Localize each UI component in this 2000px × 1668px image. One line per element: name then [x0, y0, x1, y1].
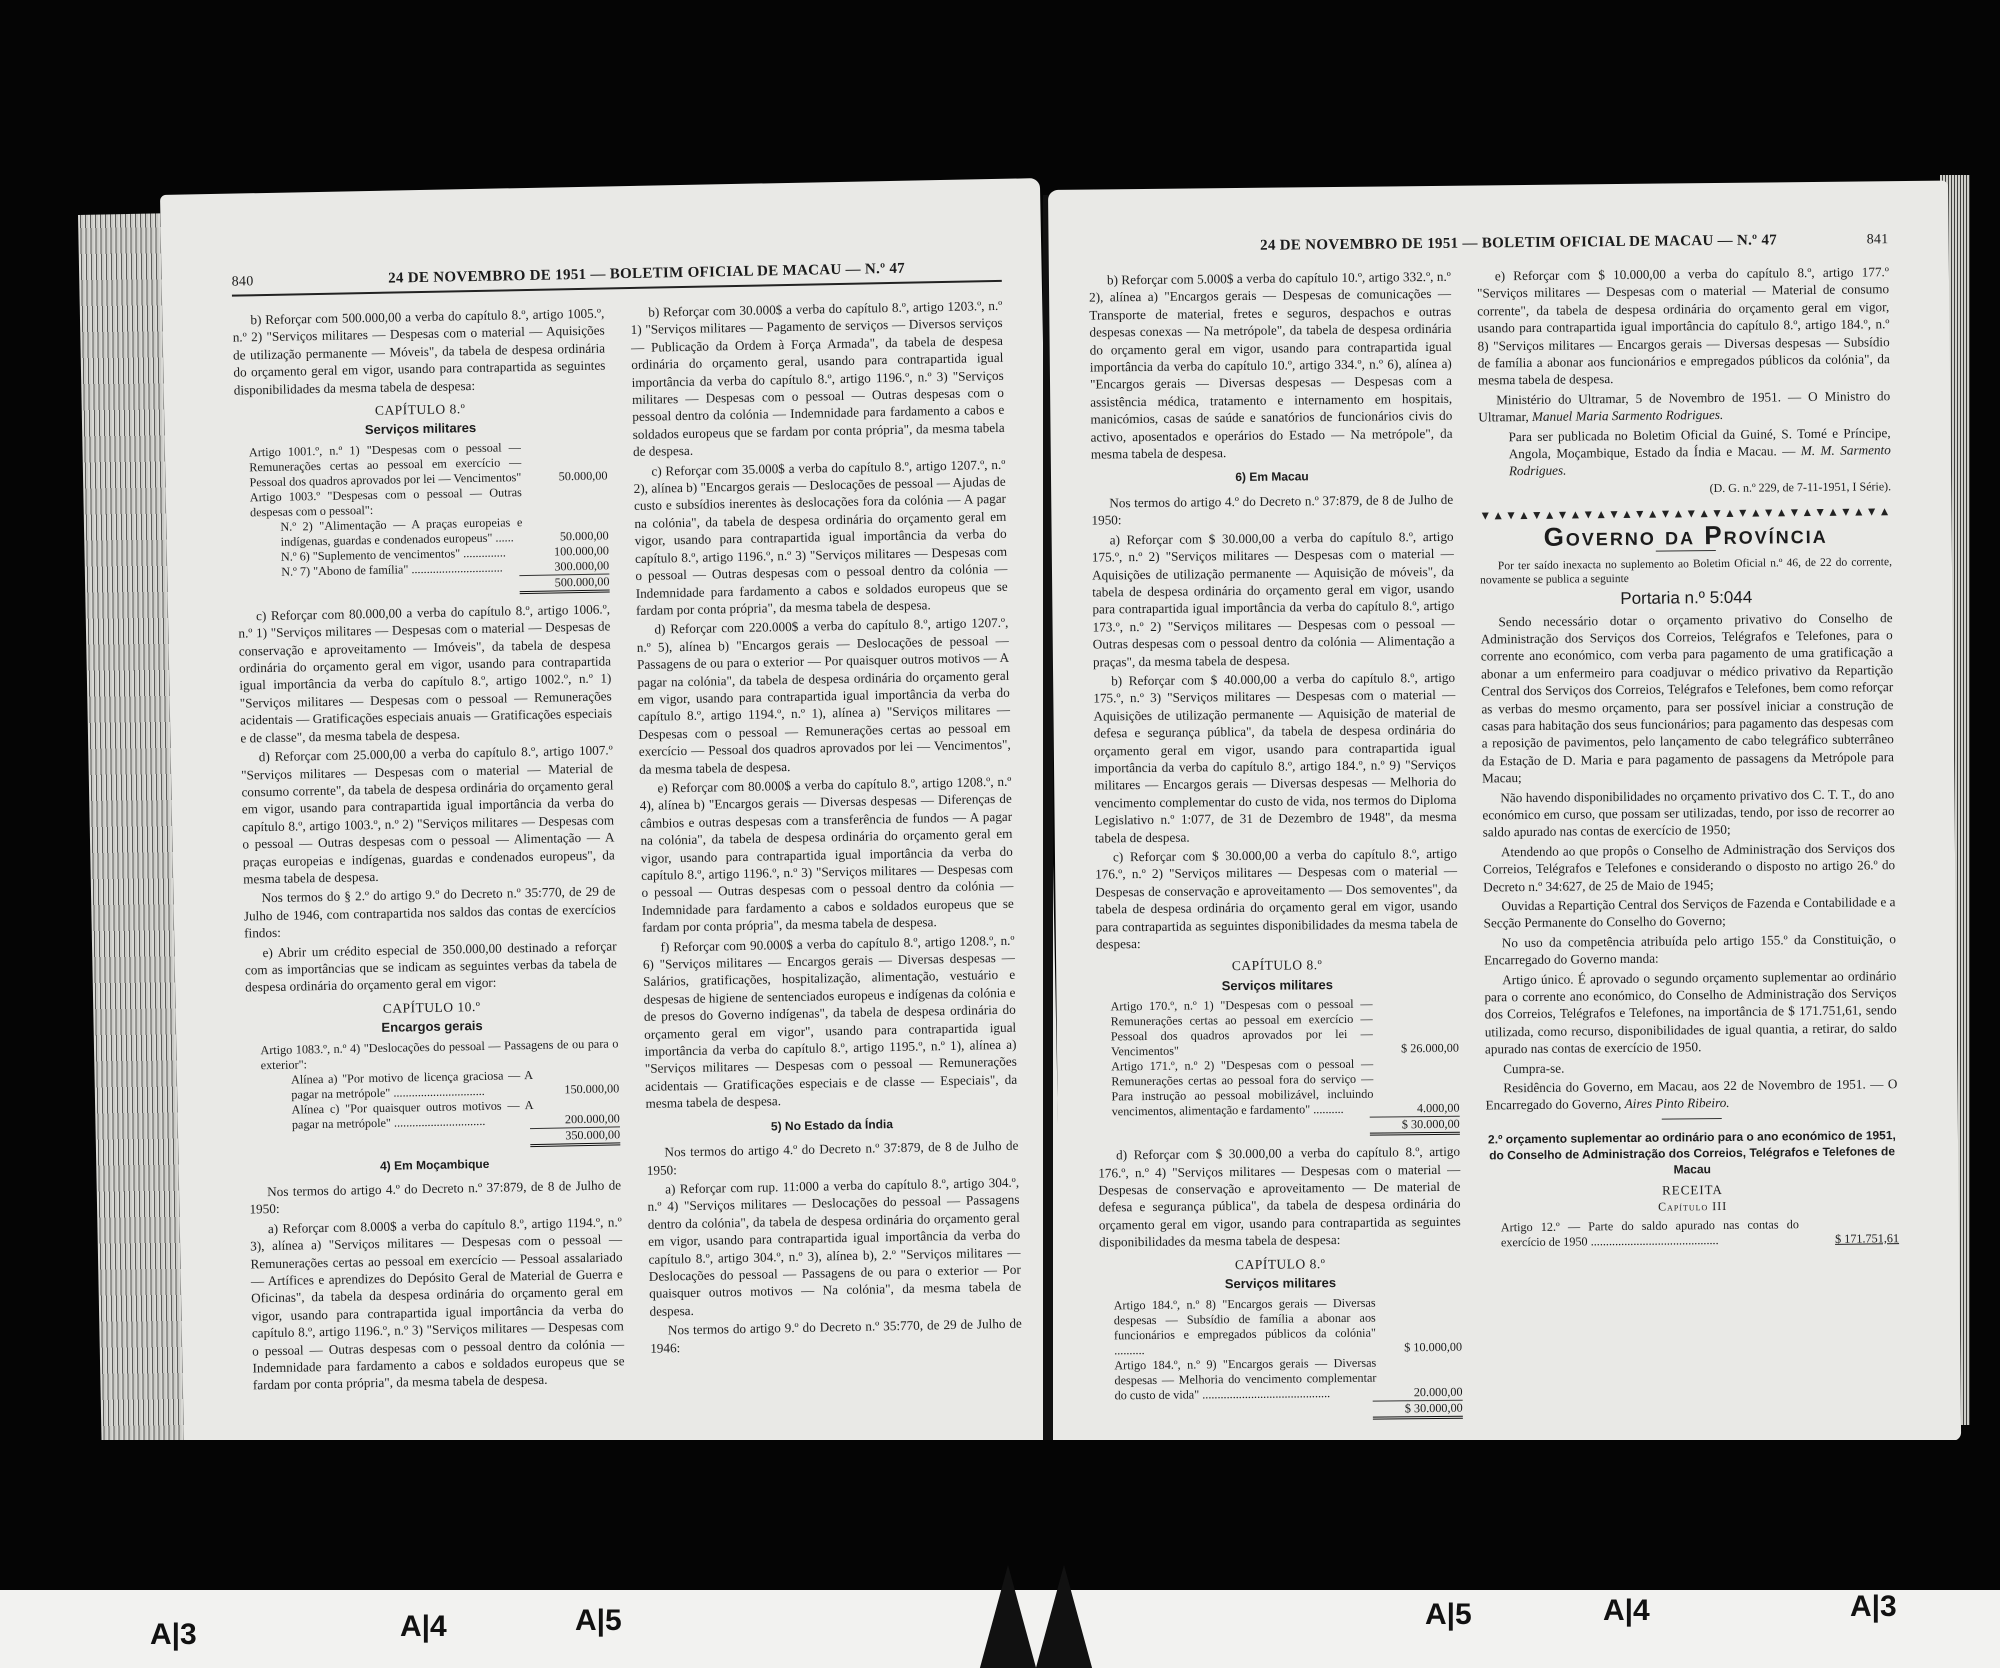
table-total: $ 30.000,00 [1373, 1399, 1463, 1419]
film-marker: A|5 [575, 1604, 622, 1638]
section-india: 5) No Estado da Índia [646, 1113, 1018, 1138]
paragraph-b: b) Reforçar com 500.000,00 a verba do ca… [232, 304, 606, 398]
paragraph-a: a) Reforçar com $ 30.000,00 a verba do c… [1092, 527, 1455, 670]
film-marker: A|3 [1850, 1590, 1897, 1624]
header-title: 24 DE NOVEMBRO DE 1951 — BOLETIM OFICIAL… [1209, 232, 1829, 255]
appropriation-table-2: Artigo 1083.º, n.º 4) "Deslocações do pe… [260, 1036, 620, 1152]
section-mocambique: 4) Em Moçambique [249, 1153, 621, 1178]
paragraph-nos-termos: Nos termos do artigo 9.º do Decreto n.º … [650, 1315, 1023, 1357]
column-2: e) Reforçar com $ 10.000,00 a verba do c… [1477, 263, 1901, 1426]
table-row: Artigo 1001.º, n.º 1) "Despesas com o pe… [249, 438, 608, 490]
ministry-signature: Ministério do Ultramar, 5 de Novembro de… [1478, 387, 1890, 426]
paragraph: Ouvidas a Repartição Central dos Serviço… [1483, 893, 1895, 932]
paragraph-e: e) Abrir um crédito especial de 350.000,… [244, 937, 617, 996]
film-marker: A|4 [1603, 1594, 1650, 1628]
chapter-heading: CAPÍTULO 8.º [1099, 1253, 1461, 1274]
table-total: 500.000,00 [519, 573, 609, 594]
publication-note: Para ser publicada no Boletim Oficial da… [1478, 424, 1891, 481]
paragraph-b: b) Reforçar com $ 40.000,00 a verba do c… [1093, 669, 1457, 847]
paragraph-nos-termos: Nos termos do § 2.º do artigo 9.º do Dec… [243, 883, 616, 942]
chapter-heading: CAPÍTULO 8.º [1096, 955, 1458, 976]
table-row: Artigo 170.º, n.º 1) "Despesas com o pes… [1110, 996, 1459, 1060]
budget-title: 2.º orçamento suplementar ao ordinário p… [1486, 1127, 1899, 1179]
paragraph-d: d) Reforçar com 25.000,00 a verba do cap… [241, 742, 616, 888]
paragraph: Não havendo disponibilidades no orçament… [1482, 785, 1895, 842]
paragraph-d: d) Reforçar com 220.000$ a verba do capí… [636, 614, 1011, 778]
paragraph: Atendendo ao que propôs o Conselho de Ad… [1483, 839, 1896, 896]
paragraph-e: e) Reforçar com 80.000$ a verba do capít… [639, 773, 1014, 937]
appropriation-table-1: Artigo 170.º, n.º 1) "Despesas com o pes… [1110, 996, 1459, 1139]
section-title-governo: Governo da Província [1480, 525, 1892, 547]
paragraph-a: a) Reforçar com 8.000$ a verba do capítu… [250, 1213, 625, 1394]
table-row: Artigo 171.º, n.º 2) "Despesas com o pes… [1111, 1056, 1460, 1120]
capitulo-heading: Capítulo III [1487, 1196, 1899, 1218]
film-marker: A|5 [1425, 1598, 1472, 1632]
paragraph-a: a) Reforçar com rup. 11:000 a verba do c… [647, 1174, 1022, 1320]
running-header: 24 DE NOVEMBRO DE 1951 — BOLETIM OFICIAL… [1209, 231, 1889, 259]
page-841: 24 DE NOVEMBRO DE 1951 — BOLETIM OFICIAL… [1048, 181, 1961, 1450]
section-heading: Serviços militares [1096, 975, 1458, 996]
header-title: 24 DE NOVEMBRO DE 1951 — BOLETIM OFICIAL… [292, 259, 1002, 290]
appropriation-table-2: Artigo 184.º, n.º 8) "Encargos gerais — … [1114, 1294, 1463, 1422]
paragraph-b: b) Reforçar com 5.000$ a verba do capítu… [1089, 268, 1453, 463]
page-number: 840 [232, 273, 292, 290]
paragraph-c: c) Reforçar com 35.000$ a verba do capít… [633, 455, 1008, 619]
running-header: 840 24 DE NOVEMBRO DE 1951 — BOLETIM OFI… [232, 259, 1002, 297]
paragraph-c: c) Reforçar com 80.000,00 a verba do cap… [238, 600, 613, 746]
table-row: Artigo 184.º, n.º 8) "Encargos gerais — … [1114, 1294, 1463, 1358]
paragraph-d: d) Reforçar com $ 30.000,00 a verba do c… [1098, 1143, 1461, 1251]
paragraph-e: e) Reforçar com $ 10.000,00 a verba do c… [1477, 263, 1890, 389]
paragraph-nos-termos: Nos termos do artigo 4.º do Decreto n.º … [249, 1176, 622, 1218]
paragraph: Cumpra-se. [1485, 1056, 1897, 1078]
republication-note: Por ter saído inexacta no suplemento ao … [1480, 555, 1892, 587]
paragraph: No uso da competência atribuída pelo art… [1484, 930, 1896, 969]
paragraph-b: b) Reforçar com 30.000$ a verba do capít… [630, 297, 1005, 461]
film-center-arrow-right-icon [1034, 1565, 1094, 1668]
paragraph-nos-termos: Nos termos do artigo 4.º do Decreto n.º … [646, 1137, 1019, 1179]
table-row: Artigo 184.º, n.º 9) "Encargos gerais — … [1114, 1354, 1462, 1403]
governor-signature: Residência do Governo, em Macau, aos 22 … [1485, 1075, 1897, 1114]
column-2: b) Reforçar com 30.000$ a verba do capít… [630, 297, 1023, 1389]
paragraph-nos-termos: Nos termos do artigo 4.º do Decreto n.º … [1091, 491, 1453, 530]
dg-reference: (D. G. n.º 229, de 7-11-1951, I Série). [1479, 478, 1891, 500]
film-marker: A|3 [150, 1618, 197, 1652]
section-heading: Serviços militares [1099, 1273, 1461, 1294]
paragraph-artigo-unico: Artigo único. É aprovado o segundo orçam… [1484, 967, 1897, 1058]
paragraph-c: c) Reforçar com $ 30.000,00 a verba do c… [1095, 845, 1458, 953]
page-840: 840 24 DE NOVEMBRO DE 1951 — BOLETIM OFI… [160, 178, 1064, 1470]
table-total: 350.000,00 [530, 1126, 620, 1147]
portaria-heading: Portaria n.º 5:044 [1480, 587, 1892, 609]
film-marker: A|4 [400, 1610, 447, 1644]
divider-rule [1662, 1118, 1722, 1120]
column-1: b) Reforçar com 500.000,00 a verba do ca… [232, 304, 625, 1396]
paragraph-f: f) Reforçar com 90.000$ a verba do capít… [642, 931, 1017, 1112]
appropriation-table-1: Artigo 1001.º, n.º 1) "Despesas com o pe… [249, 438, 610, 599]
table-row: Artigo 12.º — Parte do saldo apurado nas… [1501, 1216, 1899, 1250]
paragraph: Sendo necessário dotar o orçamento priva… [1480, 609, 1894, 787]
divider-rule [1656, 550, 1716, 552]
signature: Aires Pinto Ribeiro. [1625, 1095, 1730, 1111]
film-center-arrow-left-icon [978, 1565, 1038, 1668]
table-total: $ 30.000,00 [1370, 1116, 1460, 1136]
signature: Manuel Maria Sarmento Rodrigues. [1532, 407, 1723, 424]
receita-table: Artigo 12.º — Parte do saldo apurado nas… [1501, 1216, 1899, 1250]
section-macau: 6) Em Macau [1091, 467, 1453, 488]
page-number: 841 [1828, 232, 1888, 249]
column-1: b) Reforçar com 5.000$ a verba do capítu… [1089, 268, 1463, 1430]
